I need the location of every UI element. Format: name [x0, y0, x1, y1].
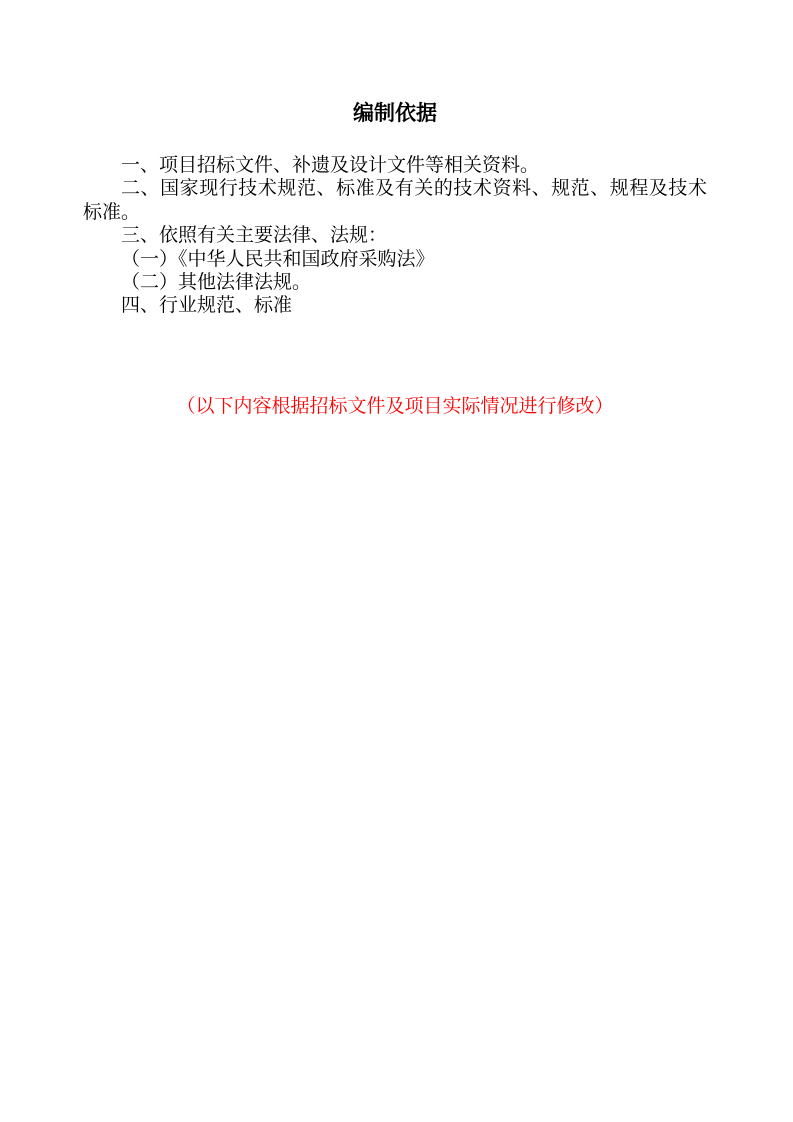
document-body: 一、项目招标文件、补遗及设计文件等相关资料。 二、国家现行技术规范、标准及有关的… [83, 154, 707, 318]
revision-note: （以下内容根据招标文件及项目实际情况进行修改） [83, 395, 707, 418]
paragraph-basis-3-sub-1: （一）《中华人民共和国政府采购法》 [83, 248, 707, 271]
paragraph-basis-3-sub-2: （二）其他法律法规。 [83, 271, 707, 294]
paragraph-basis-4: 四、行业规范、标准 [83, 294, 707, 317]
paragraph-basis-2: 二、国家现行技术规范、标准及有关的技术资料、规范、规程及技术标准。 [83, 177, 707, 224]
document-page: 编制依据 一、项目招标文件、补遗及设计文件等相关资料。 二、国家现行技术规范、标… [0, 0, 793, 1122]
page-title: 编制依据 [83, 100, 707, 128]
paragraph-basis-1: 一、项目招标文件、补遗及设计文件等相关资料。 [83, 154, 707, 177]
paragraph-basis-3: 三、依照有关主要法律、法规： [83, 224, 707, 247]
